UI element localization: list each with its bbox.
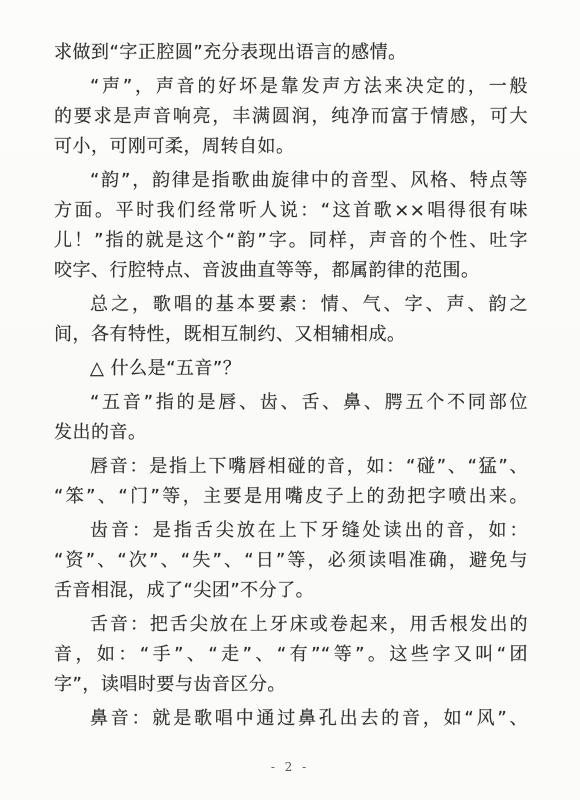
text-line: 音，如：“手”、“走”、“有”“等”。这些字又叫“团 <box>54 640 528 670</box>
text-line: 唇音：是指上下嘴唇相碰的音，如：“碰”、“猛”、 <box>54 452 528 482</box>
text-line: 字”，读唱时要与齿音区分。 <box>54 670 528 700</box>
text-line: 鼻音：就是歌唱中通过鼻孔出去的音，如“风”、 <box>54 704 528 734</box>
text-line: 求做到“字正腔圆”充分表现出语言的感情。 <box>54 38 528 68</box>
text-line: “五音”指的是唇、齿、舌、鼻、腭五个不同部位 <box>54 388 528 418</box>
text-line: △ 什么是“五音”？ <box>54 354 528 384</box>
text-line: “声”，声音的好坏是靠发声方法来决定的，一般 <box>54 72 528 102</box>
text-line: 方面。平时我们经常听人说：“这首歌××唱得很有味 <box>54 196 528 226</box>
text-line: “资”、“次”、“失”、“日”等，必须读唱准确，避免与 <box>54 546 528 576</box>
text-line: “笨”、“门”等，主要是用嘴皮子上的劲把字喷出来。 <box>54 482 528 512</box>
text-line: 间，各有特性，既相互制约、又相辅相成。 <box>54 320 528 350</box>
text-line: 发出的音。 <box>54 418 528 448</box>
scanned-page: 求做到“字正腔圆”充分表现出语言的感情。“声”，声音的好坏是靠发声方法来决定的，… <box>0 0 580 800</box>
text-line: 舌音：把舌尖放在上牙床或卷起来，用舌根发出的 <box>54 610 528 640</box>
text-line: 总之，歌唱的基本要素：情、气、字、声、韵之 <box>54 290 528 320</box>
document-text: 求做到“字正腔圆”充分表现出语言的感情。“声”，声音的好坏是靠发声方法来决定的，… <box>54 38 528 734</box>
text-line: 舌音相混，成了“尖团”不分了。 <box>54 576 528 606</box>
text-line: 齿音：是指舌尖放在上下牙缝处读出的音，如： <box>54 516 528 546</box>
page-number: - 2 - <box>0 760 580 774</box>
text-line: “韵”，韵律是指歌曲旋律中的音型、风格、特点等 <box>54 166 528 196</box>
text-line: 儿！”指的就是这个“韵”字。同样，声音的个性、吐字 <box>54 226 528 256</box>
text-line: 的要求是声音响亮，丰满圆润，纯净而富于情感，可大 <box>54 102 528 132</box>
text-line: 可小，可刚可柔，周转自如。 <box>54 132 528 162</box>
text-line: 咬字、行腔特点、音波曲直等等，都属韵律的范围。 <box>54 256 528 286</box>
